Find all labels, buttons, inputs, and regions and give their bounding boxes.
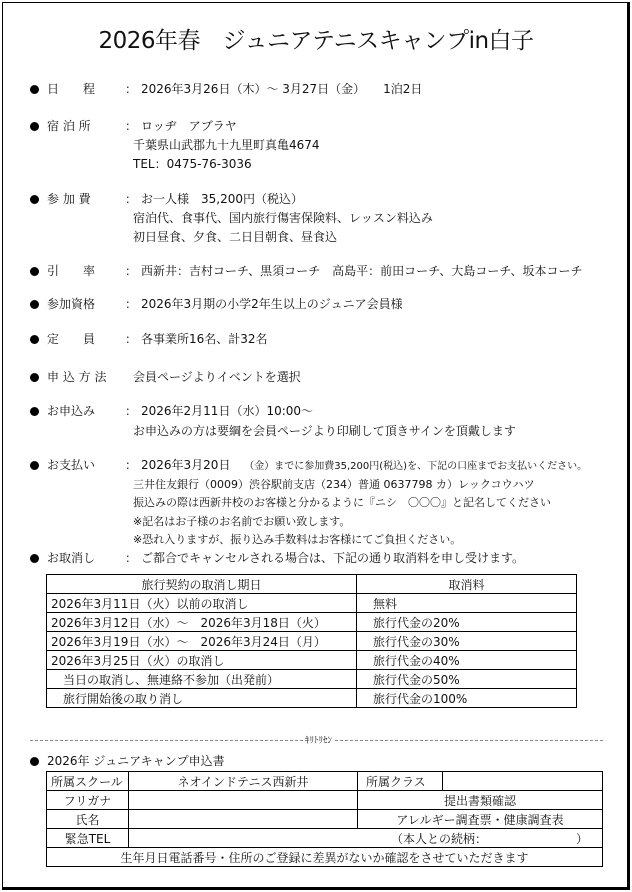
bullet-icon — [30, 122, 39, 131]
bullet-icon — [30, 373, 39, 382]
item-label: 日 程 — [47, 80, 125, 97]
class-field[interactable] — [443, 772, 603, 791]
fee-value: お一人様 35,200円（税込） — [141, 192, 303, 206]
item-fee: 参 加 費：お一人様 35,200円（税込） — [30, 190, 303, 207]
furigana-field[interactable] — [129, 791, 358, 810]
capacity-value: 各事業所16名、計32名 — [141, 332, 268, 346]
form-footer-note: 生年月日電話番号・住所のご登録に差異がないか確認をさせていただきます — [47, 848, 603, 867]
item-capacity: 定 員：各事業所16名、計32名 — [30, 330, 268, 347]
class-label: 所属クラス — [358, 772, 443, 791]
bullet-icon — [30, 757, 39, 766]
furigana-label: フリガナ — [47, 791, 129, 810]
form-heading: 2026年 ジュニアキャンプ申込書 — [30, 752, 225, 769]
emergency-tel-label: 緊急TEL — [47, 829, 129, 848]
item-payment: お支払い：2026年3月20日 （金）までに参加費35,200円(税込)を、下記… — [30, 456, 587, 473]
table-row: 当日の取消し、無連絡不参加（出発前）旅行代金の50% — [47, 670, 577, 689]
item-eligibility: 参加資格：2026年3月期の小学2年生以上のジュニア会員様 — [30, 295, 403, 312]
bullet-icon — [30, 195, 39, 204]
transfer-note: 振込みの際は西新井校のお客様と分かるように『ニシ 〇〇〇』と記名してください — [133, 494, 551, 510]
table-row: 2026年3月12日（水）～ 2026年3月18日（火）旅行代金の20% — [47, 613, 577, 632]
lodging-tel: TEL：0475-76-3036 — [133, 155, 252, 172]
documents-label: 提出書類確認 — [358, 791, 603, 810]
emergency-tel-field[interactable]: （本人との続柄： ） — [129, 829, 603, 848]
eligibility-value: 2026年3月期の小学2年生以上のジュニア会員様 — [141, 297, 403, 311]
header-deadline: 旅行契約の取消し期日 — [47, 575, 357, 594]
school-label: 所属スクール — [47, 772, 129, 791]
name-label: 氏名 — [47, 810, 129, 829]
table-row: 2026年3月11日（火）以前の取消し無料 — [47, 594, 577, 613]
relation-label: （本人との続柄： — [391, 830, 487, 847]
header-fee: 取消料 — [357, 575, 577, 594]
page-title: 2026年春 ジュニアテニスキャンプin白子 — [0, 22, 632, 55]
lodging-name: ロッヂ アブラヤ — [141, 119, 237, 133]
table-header-row: 旅行契約の取消し期日 取消料 — [47, 575, 577, 594]
item-lodging: 宿 泊 所：ロッヂ アブラヤ — [30, 117, 237, 134]
bullet-icon — [30, 461, 39, 470]
item-application: お申込み：2026年2月11日（水）10:00～ — [30, 402, 313, 419]
item-coaches: 引 率：西新井：吉村コーチ、黒須コーチ 高島平：前田コーチ、大島コーチ、坂本コー… — [30, 262, 582, 279]
cancellation-note: ご都合でキャンセルされる場合は、下記の通り取消料を申し受けます。 — [141, 551, 524, 565]
bullet-icon — [30, 267, 39, 276]
application-date: 2026年2月11日（水）10:00～ — [141, 404, 313, 418]
item-apply-method: 申 込 方 法会員ページよりイベントを選択 — [30, 368, 301, 385]
coaches-value: 西新井：吉村コーチ、黒須コーチ 高島平：前田コーチ、大島コーチ、坂本コーチ — [141, 264, 582, 278]
lodging-address: 千葉県山武郡九十九里町真亀4674 — [133, 136, 320, 153]
apply-method-value: 会員ページよりイベントを選択 — [133, 370, 301, 384]
bank-account: 三井住友銀行（0009）渋谷駅前支店（234）普通 0637798 カ）レックコ… — [133, 476, 535, 492]
fee-includes: 宿泊代、食事代、国内旅行傷害保険料、レッスン料込み — [133, 209, 433, 226]
name-field[interactable] — [129, 810, 358, 829]
bullet-icon — [30, 85, 39, 94]
application-form-table: 所属スクール ネオインドテニス西新井 所属クラス フリガナ 提出書類確認 氏名 … — [46, 771, 603, 867]
schedule-value: 2026年3月26日（木）～ 3月27日（金） 1泊2日 — [141, 82, 422, 96]
fee-meals: 初日昼食、夕食、二日目朝食、昼食込 — [133, 228, 337, 245]
payment-instruction: （金）までに参加費35,200円(税込)を、下記の口座までお支払いください。 — [244, 461, 587, 472]
school-field[interactable]: ネオインドテニス西新井 — [129, 772, 358, 791]
application-note: お申込みの方は要綱を会員ページより印刷して頂きサインを頂戴します — [133, 422, 516, 439]
item-cancellation: お取消し：ご都合でキャンセルされる場合は、下記の通り取消料を申し受けます。 — [30, 549, 524, 566]
table-row: 旅行開始後の取り消し旅行代金の100% — [47, 689, 577, 708]
cancellation-table: 旅行契約の取消し期日 取消料 2026年3月11日（火）以前の取消し無料 202… — [46, 574, 577, 708]
bullet-icon — [30, 554, 39, 563]
table-row: 2026年3月19日（水）～ 2026年3月24日（月）旅行代金の30% — [47, 632, 577, 651]
documents-check[interactable]: アレルギー調査票・健康調査表 — [358, 810, 603, 829]
cut-line-label: ｷﾘﾄﾘｾﾝ — [303, 733, 334, 746]
table-row: 2026年3月25日（火）の取消し旅行代金の40% — [47, 651, 577, 670]
payment-deadline: 2026年3月20日 — [141, 458, 230, 472]
fee-note: ※恐れ入りますが、振り込み手数料はお客様にてご負担ください。 — [133, 531, 461, 547]
name-note: ※記名はお子様のお名前でお願い致します。 — [133, 513, 350, 529]
item-schedule: 日 程：2026年3月26日（木）～ 3月27日（金） 1泊2日 — [30, 80, 422, 97]
bullet-icon — [30, 335, 39, 344]
bullet-icon — [30, 300, 39, 309]
bullet-icon — [30, 407, 39, 416]
